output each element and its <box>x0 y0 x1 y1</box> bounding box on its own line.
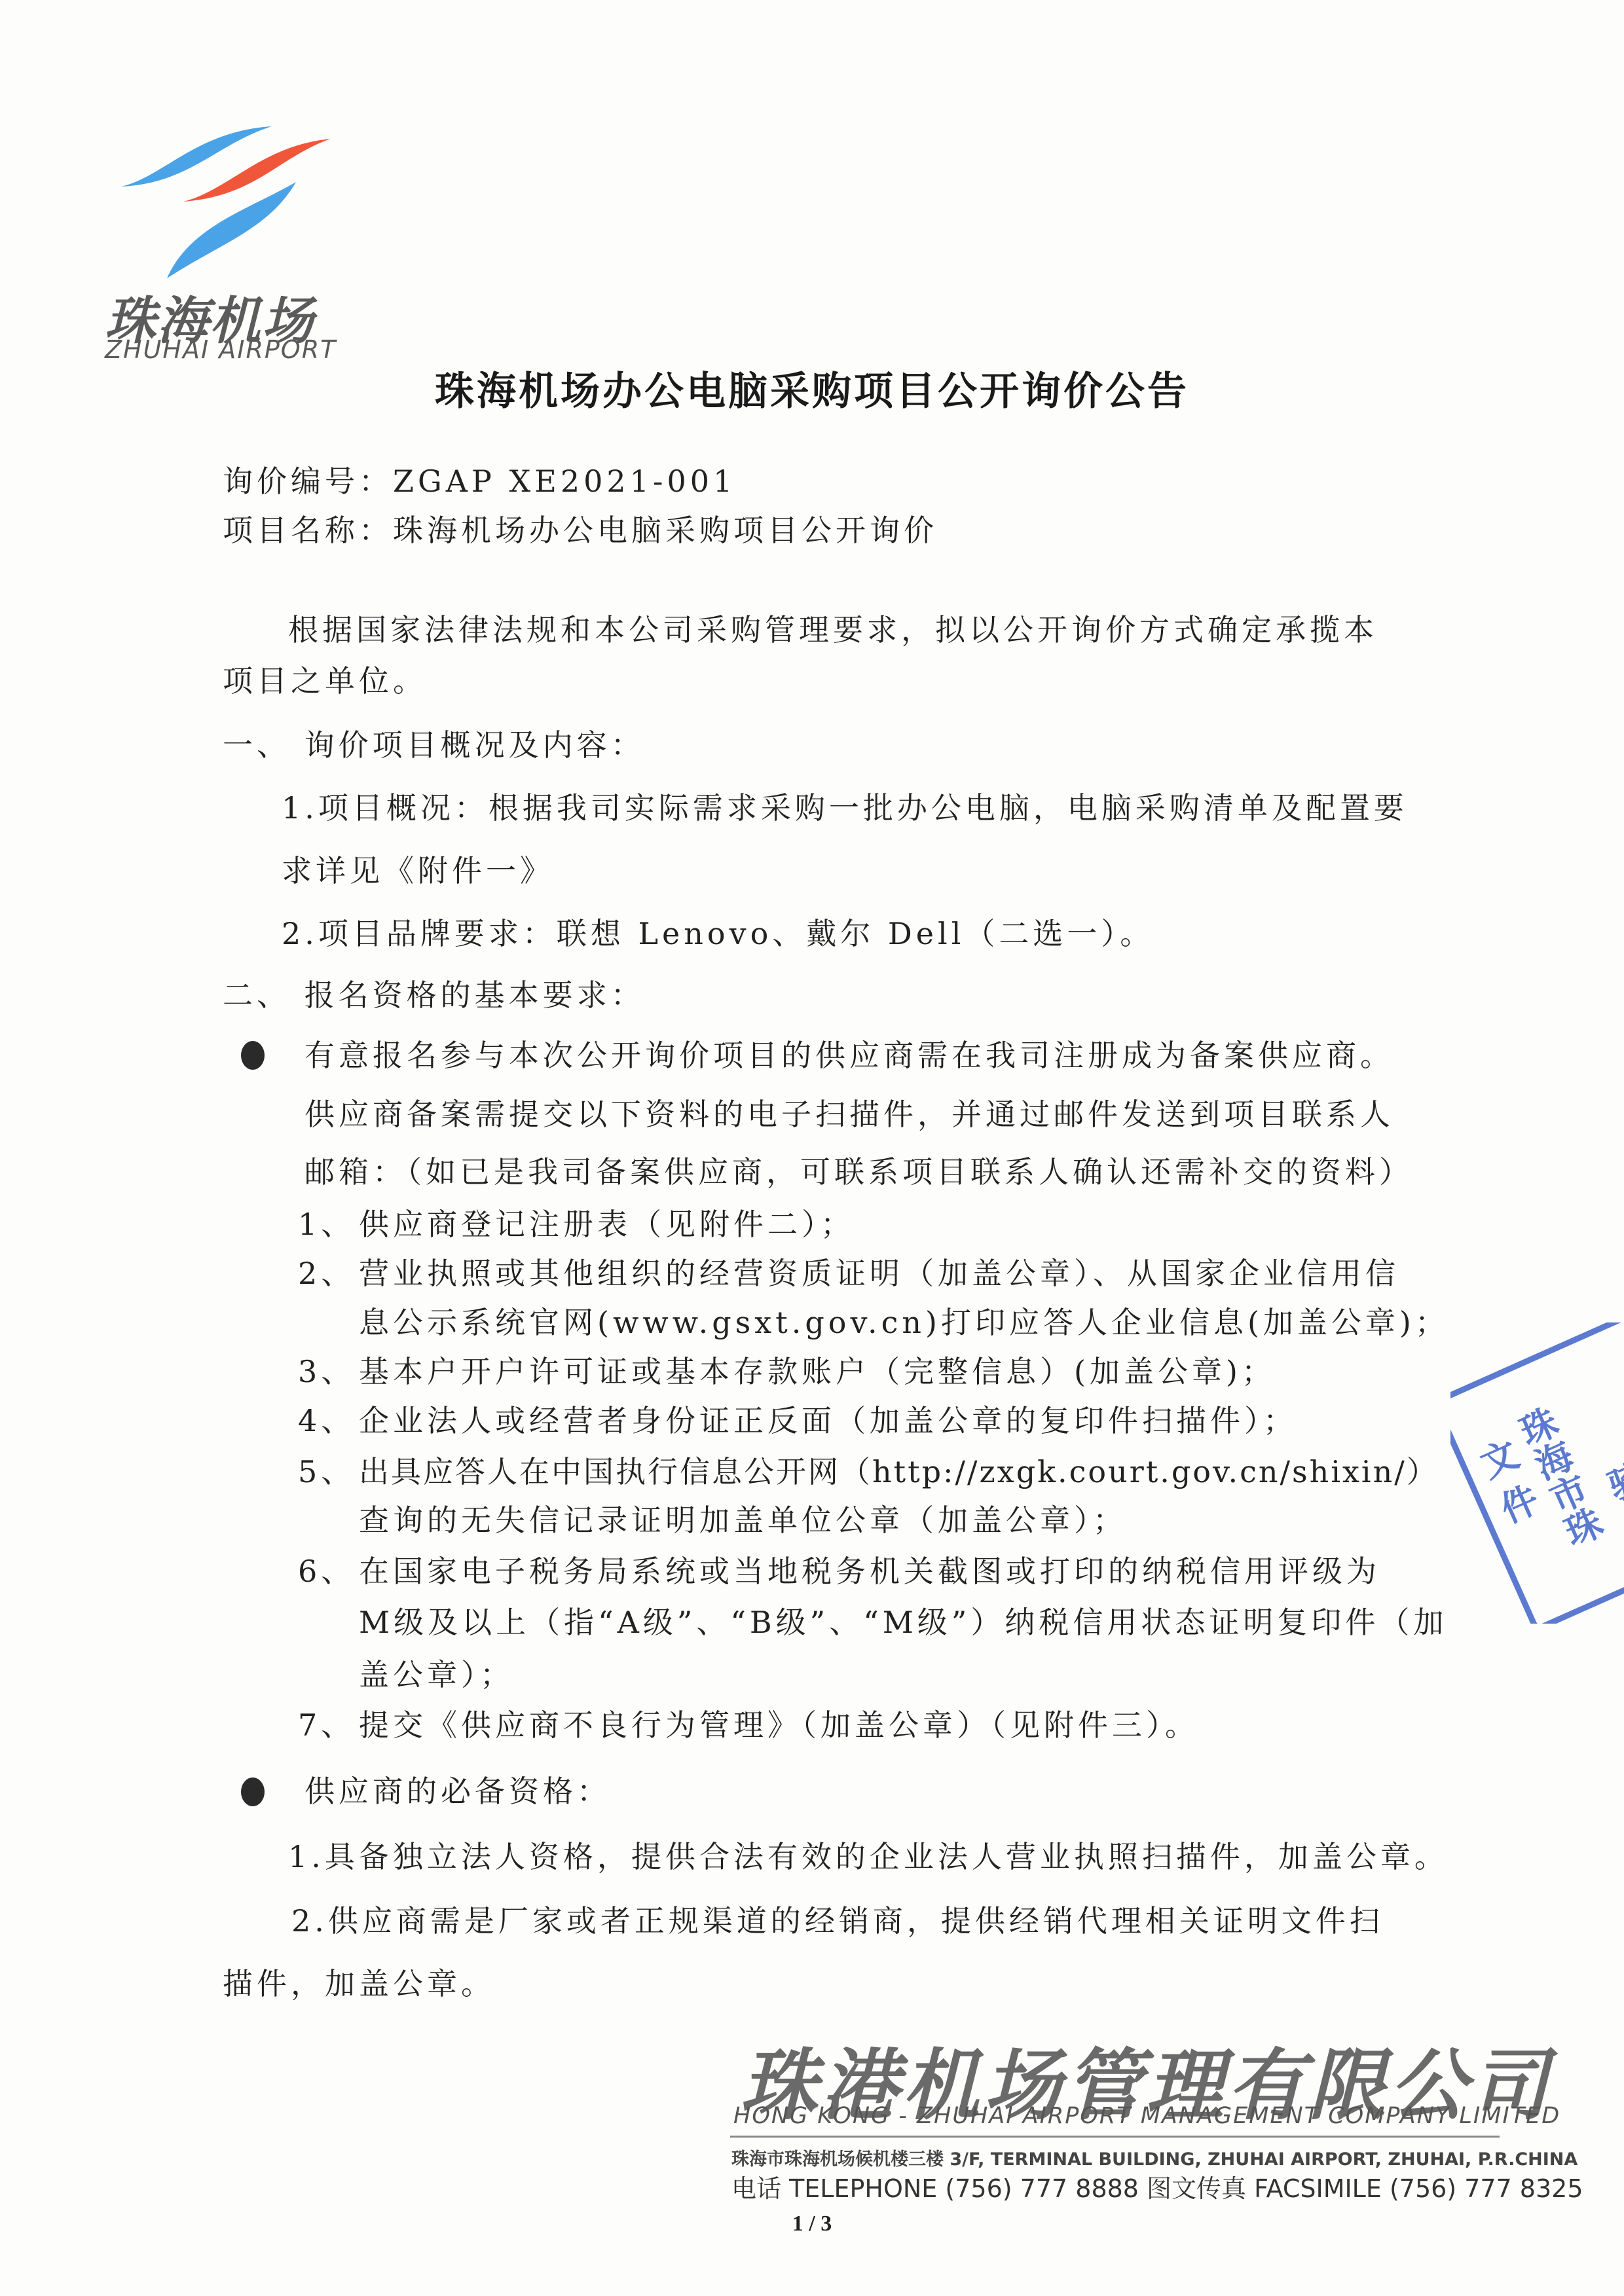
footer-divider <box>730 2136 1500 2138</box>
section-1-item-2: 2.项目品牌要求：联想 Lenovo、戴尔 Dell（二选一）。 <box>282 914 1154 953</box>
req-6-text-cont: M级及以上（指“A级”、“B级”、“M级”）纳税信用状态证明复印件（加 <box>359 1603 1447 1642</box>
section-2-heading: 二、 报名资格的基本要求： <box>223 975 645 1015</box>
footer-company-english: HONG KONG - ZHUHAI AIRPORT MANAGEMENT CO… <box>733 2103 1560 2129</box>
req-4-text: 企业法人或经营者身份证正反面（加盖公章的复印件扫描件）； <box>359 1401 1297 1440</box>
bullet-icon <box>241 1041 265 1070</box>
svg-text:骑: 骑 <box>1602 1455 1624 1509</box>
req-2-num: 2、 <box>298 1254 355 1293</box>
bullet-1-line-2: 供应商备案需提交以下资料的电子扫描件，并通过邮件发送到项目联系人 <box>304 1095 1394 1134</box>
req-7-text: 提交《供应商不良行为管理》（加盖公章）（见附件三）。 <box>359 1705 1199 1745</box>
inquiry-number: 询价编号：ZGAP XE2021-001 <box>223 462 736 501</box>
intro-line-2: 项目之单位。 <box>223 661 427 701</box>
req-5-text-cont: 查询的无失信记录证明加盖单位公章（加盖公章）； <box>359 1501 1127 1540</box>
page-number: 1 / 3 <box>0 2212 1624 2236</box>
req-6-text: 在国家电子税务局系统或当地税务机关截图或打印的纳税信用评级为 <box>359 1552 1380 1591</box>
project-name: 项目名称：珠海机场办公电脑采购项目公开询价 <box>223 511 938 550</box>
bullet-2-item-1: 1.具备独立法人资格，提供合法有效的企业法人营业执照扫描件，加盖公章。 <box>288 1837 1449 1876</box>
section-1-item-1-cont: 求详见《附件一》 <box>282 851 554 890</box>
req-2-text: 营业执照或其他组织的经营资质证明（加盖公章）、从国家企业信用信 <box>359 1254 1399 1293</box>
req-1-text: 供应商登记注册表（见附件二）； <box>359 1205 855 1244</box>
intro-line-1: 根据国家法律法规和本公司采购管理要求，拟以公开询价方式确定承揽本 <box>288 610 1378 649</box>
bullet-2-item-2: 2.供应商需是厂家或者正规渠道的经销商，提供经销代理相关证明文件扫 <box>291 1901 1384 1941</box>
section-1-item-1: 1.项目概况：根据我司实际需求采购一批办公电脑，电脑采购清单及配置要 <box>282 788 1408 828</box>
req-1-num: 1、 <box>298 1205 355 1244</box>
req-5-text: 出具应答人在中国执行信息公开网（http://zxgk.court.gov.cn… <box>359 1452 1439 1491</box>
footer-telephone-fax: 电话 TELEPHONE (756) 777 8888 图文传真 FACSIMI… <box>731 2168 1583 2204</box>
req-6-text-cont-2: 盖公章）； <box>359 1655 514 1694</box>
bullet-2-item-2-cont: 描件，加盖公章。 <box>223 1964 495 2003</box>
req-2-text-cont: 息公示系统官网(www.gsxt.gov.cn)打印应答人企业信息(加盖公章)； <box>359 1303 1449 1342</box>
req-6-num: 6、 <box>298 1552 355 1591</box>
section-1-heading: 一、 询价项目概况及内容： <box>223 725 645 765</box>
bullet-1-line-3: 邮箱：（如已是我司备案供应商，可联系项目联系人确认还需补交的资料） <box>304 1152 1413 1192</box>
req-4-num: 4、 <box>298 1401 355 1440</box>
footer-address: 珠海市珠海机场候机楼三楼 3/F, TERMINAL BUILDING, ZHU… <box>731 2145 1578 2170</box>
bullet-icon <box>241 1777 265 1806</box>
req-5-num: 5、 <box>298 1452 355 1491</box>
bullet-2-heading: 供应商的必备资格： <box>304 1772 611 1811</box>
document-title: 珠海机场办公电脑采购项目公开询价公告 <box>0 360 1624 416</box>
req-3-text: 基本户开户许可证或基本存款账户（完整信息）(加盖公章)； <box>359 1352 1276 1391</box>
req-7-num: 7、 <box>298 1705 355 1745</box>
bullet-1-line-1: 有意报名参与本次公开询价项目的供应商需在我司注册成为备案供应商。 <box>304 1036 1394 1075</box>
official-seal-stamp-icon: 珠海市珠 文 件 骑 <box>1450 1322 1624 1624</box>
req-3-num: 3、 <box>298 1352 355 1391</box>
